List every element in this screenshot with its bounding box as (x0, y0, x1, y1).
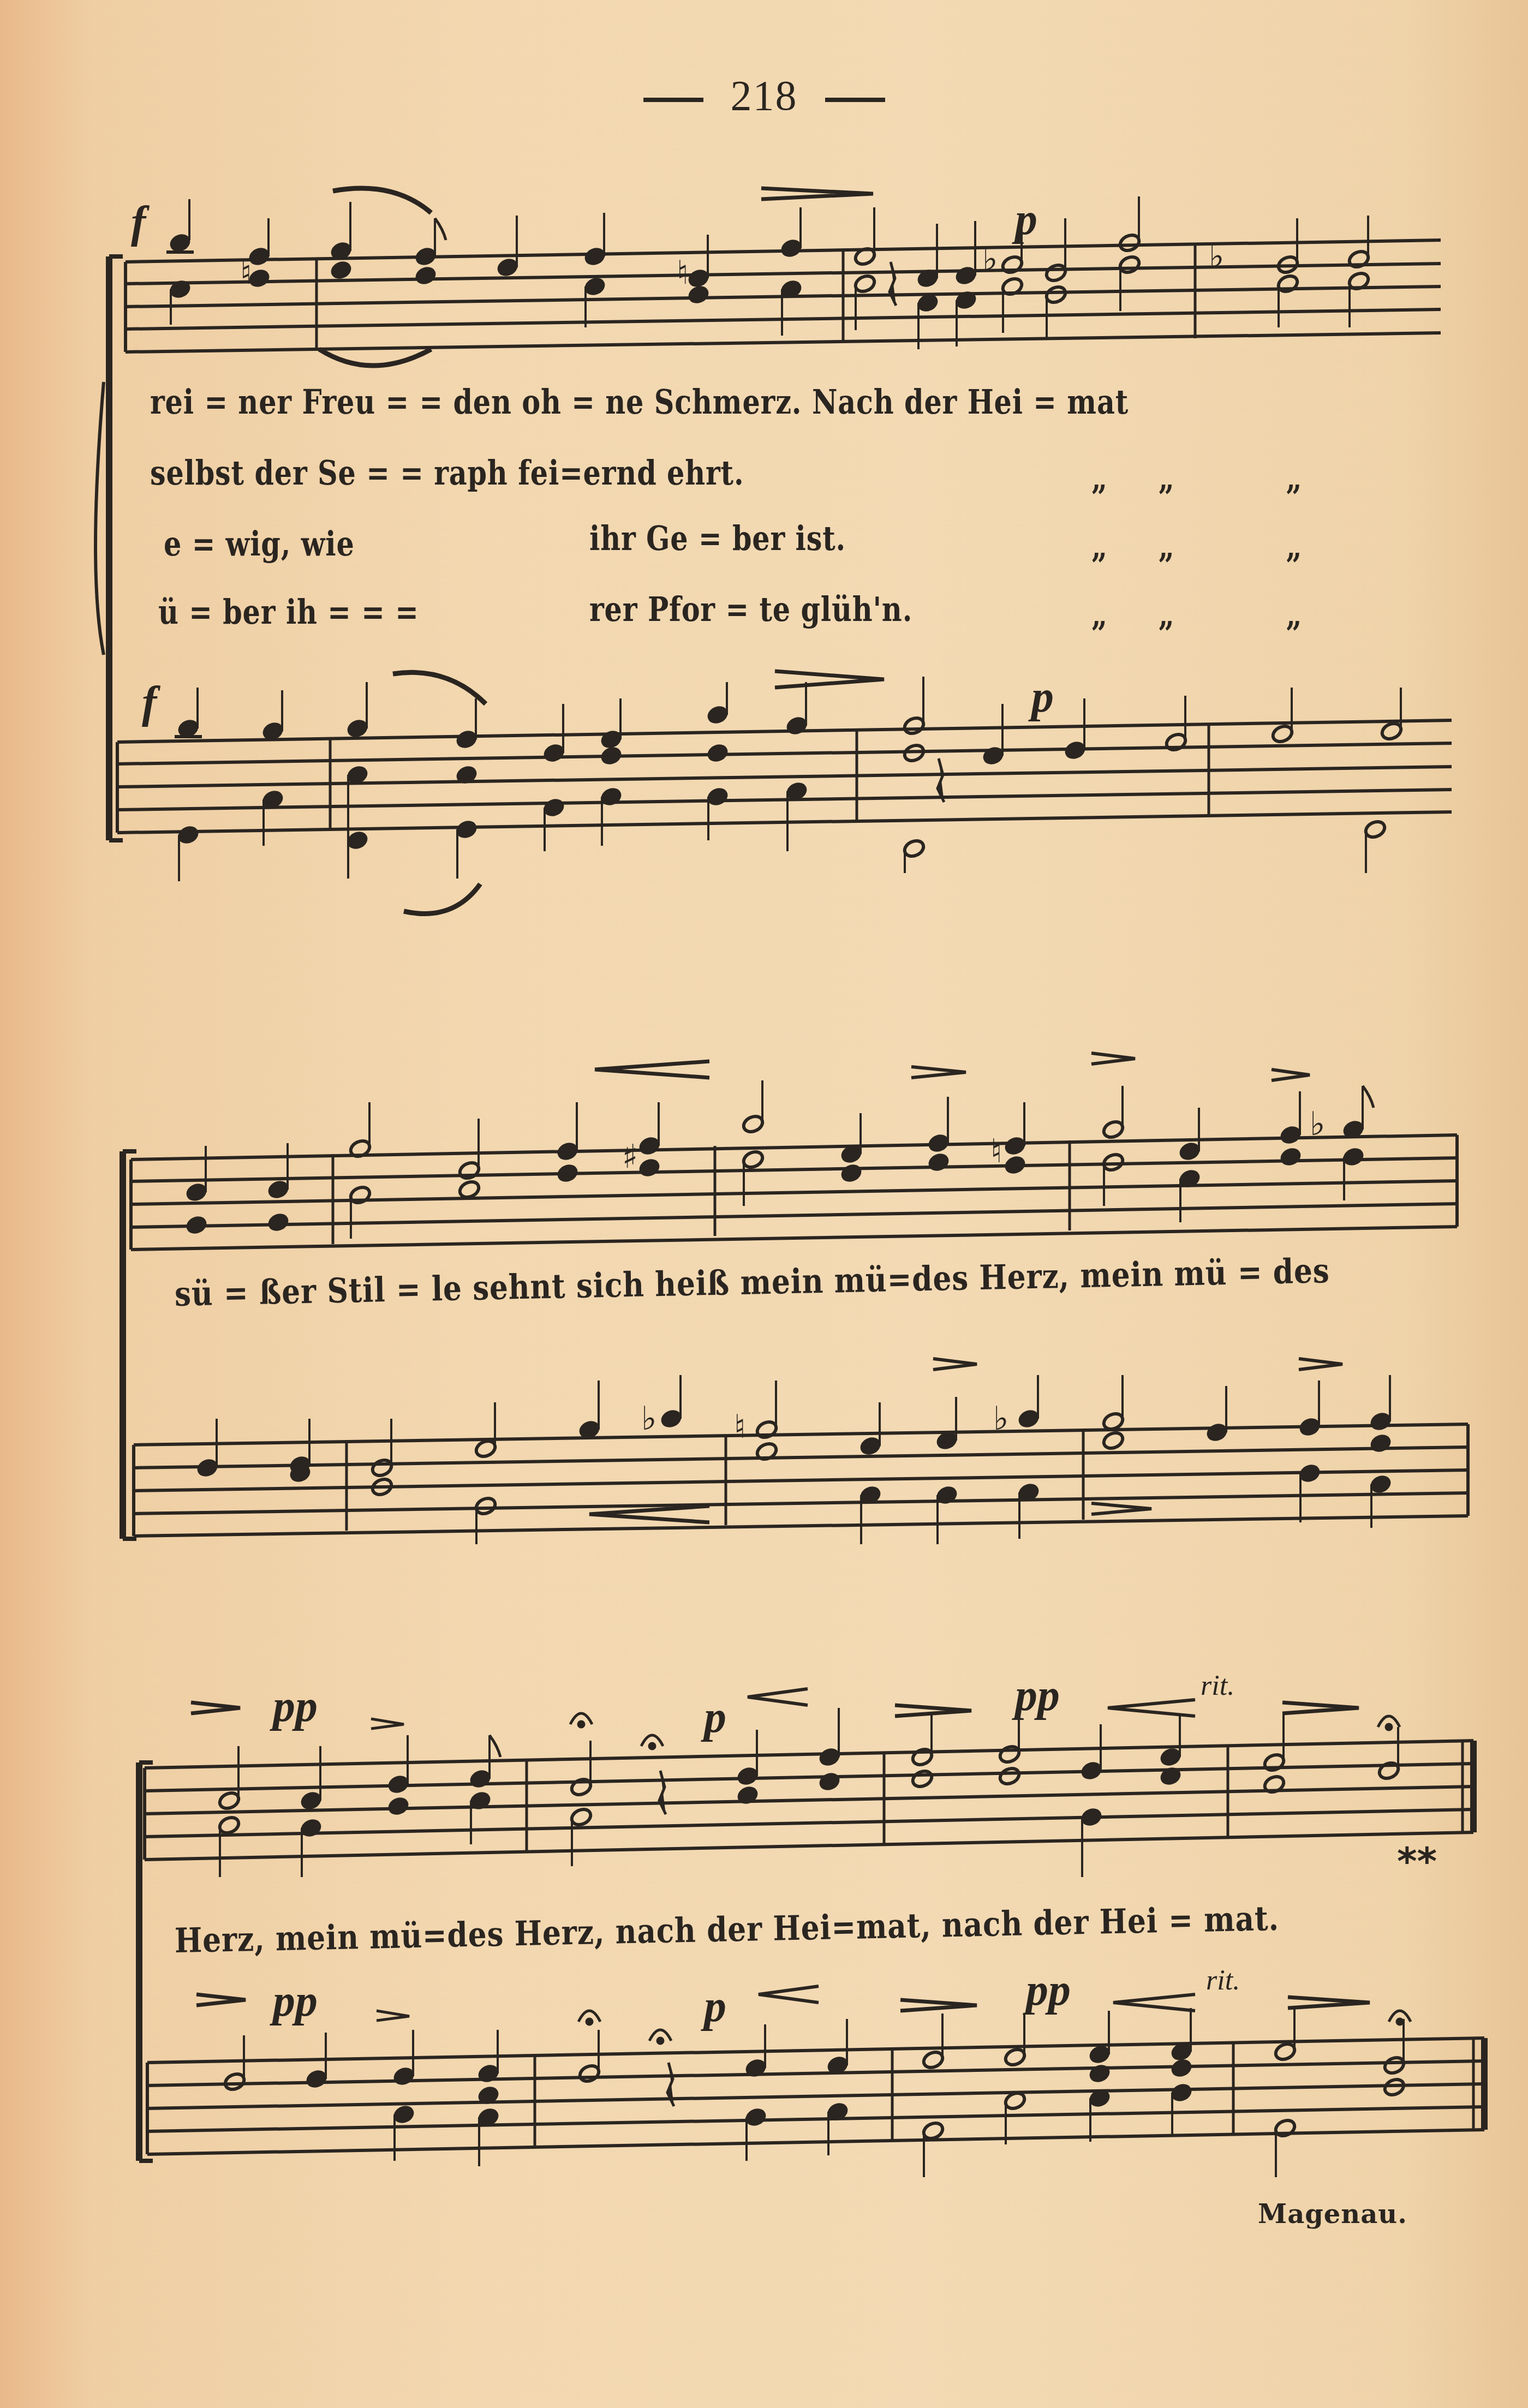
dynamic-p-upper: p (704, 1692, 726, 1743)
lyric-verse1-line: rei = ner Freu = = den oh = ne Schmerz. … (150, 382, 1129, 422)
lyric-verse4-line-a: ü = ber ih = = = (158, 592, 419, 632)
lyric-verse3-ditto: „ „ „ (1091, 527, 1303, 566)
composer-name: Magenau. (1258, 2199, 1407, 2230)
lyric-verse3-line-a: e = wig, wie (164, 524, 355, 564)
ditto-mark: „ (1286, 595, 1302, 635)
dynamic-pp-upper-1: pp (273, 1681, 318, 1732)
system3-upper-staff (145, 1741, 1473, 1860)
ritardando-upper: rit. (1201, 1670, 1234, 1702)
ditto-mark: „ (1159, 595, 1175, 635)
footnote-marker: ** (1397, 1839, 1437, 1884)
svg-text:♮: ♮ (734, 1408, 745, 1446)
svg-text:♯: ♯ (622, 1138, 638, 1176)
svg-text:♭: ♭ (982, 240, 998, 278)
ditto-mark: „ (1091, 458, 1108, 498)
ditto-mark: „ (1091, 527, 1108, 566)
svg-text:♮: ♮ (240, 254, 252, 292)
system2-lower-staff (134, 1424, 1468, 1536)
system1-lower-staff (117, 720, 1452, 833)
ditto-mark: „ (1091, 595, 1108, 635)
lyric-verse4-line-b: rer Pfor = te glüh'n. (589, 589, 912, 629)
dynamic-forte-lower: f (142, 677, 157, 728)
dynamic-piano-upper: p (1015, 194, 1037, 245)
svg-text:♮: ♮ (990, 1132, 1002, 1170)
dynamic-pp-upper-2: pp (1015, 1670, 1060, 1721)
dynamic-pp-lower-2: pp (1026, 1964, 1071, 2016)
svg-text:♭: ♭ (993, 1400, 1008, 1438)
ditto-mark: „ (1286, 527, 1302, 566)
music-score: ♮ ♮ ♭ ♭ (0, 0, 1528, 2408)
lyric-verse3-line-b: ihr Ge = ber ist. (589, 518, 846, 558)
dynamic-forte-upper: f (131, 196, 146, 248)
ritardando-lower: rit. (1206, 1964, 1240, 1997)
dynamic-piano-lower: p (1031, 671, 1054, 722)
ditto-mark: „ (1286, 458, 1302, 498)
svg-text:♭: ♭ (1209, 237, 1224, 276)
dynamic-pp-lower-1: pp (273, 1975, 318, 2027)
svg-text:♭: ♭ (1310, 1105, 1325, 1143)
ditto-mark: „ (1159, 527, 1175, 566)
lyric-verse2-ditto: „ „ „ (1091, 458, 1303, 498)
svg-text:♮: ♮ (677, 254, 688, 292)
lyric-verse4-ditto: „ „ „ (1091, 595, 1303, 635)
system2-upper-staff (131, 1135, 1457, 1250)
dynamic-p-lower: p (704, 1981, 726, 2032)
svg-text:♭: ♭ (641, 1400, 656, 1438)
ditto-mark: „ (1159, 458, 1175, 498)
lyric-verse2-line: selbst der Se = = raph fei=ernd ehrt. (150, 453, 744, 493)
